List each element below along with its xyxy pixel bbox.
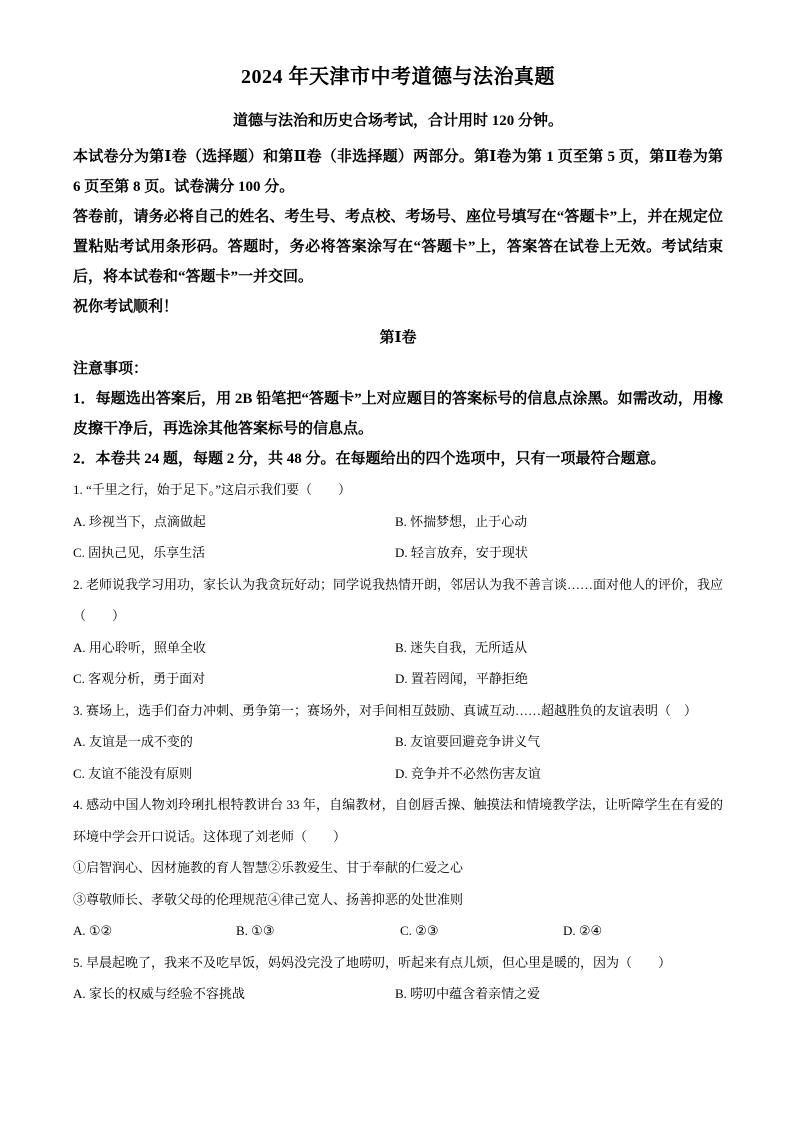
question-2-option-a: A. 用心聆听，照单全收 — [73, 632, 395, 664]
question-4: 4. 感动中国人物刘玲琍扎根特教讲台 33 年，自编教材，自创唇舌操、触摸法和情… — [73, 789, 723, 947]
note-2: 2．本卷共 24 题，每题 2 分，共 48 分。在每题给出的四个选项中，只有一… — [73, 444, 723, 474]
question-4-stem: 4. 感动中国人物刘玲琍扎根特教讲台 33 年，自编教材，自创唇舌操、触摸法和情… — [73, 789, 723, 852]
question-1-stem: 1. “千里之行，始于足下。”这启示我们要（ ） — [73, 474, 723, 506]
exam-wish: 祝你考试顺利！ — [73, 292, 723, 322]
question-2-option-d: D. 置若罔闻，平静拒绝 — [395, 663, 723, 695]
question-1-options-row-2: C. 固执己见，乐享生活 D. 轻言放弃，安于现状 — [73, 537, 723, 569]
question-3-option-b: B. 友谊要回避竞争讲义气 — [395, 726, 723, 758]
notes-heading: 注意事项： — [73, 354, 723, 384]
note-1: 1．每题选出答案后，用 2B 铅笔把“答题卡”上对应题目的答案标号的信息点涂黑。… — [73, 384, 723, 444]
exam-title: 2024 年天津市中考道德与法治真题 — [73, 62, 723, 92]
question-4-option-b: B. ①③ — [236, 915, 400, 947]
question-1-option-b: B. 怀揣梦想，止于心动 — [395, 506, 723, 538]
exam-document-page: 2024 年天津市中考道德与法治真题 道德与法治和历史合场考试，合计用时 120… — [0, 0, 793, 1122]
question-3-option-d: D. 竞争并不必然伤害友谊 — [395, 758, 723, 790]
question-3-options-row-1: A. 友谊是一成不变的 B. 友谊要回避竞争讲义气 — [73, 726, 723, 758]
section-title: 第Ⅰ卷 — [73, 322, 723, 354]
question-4-option-c: C. ②③ — [400, 915, 563, 947]
question-2-options-row-1: A. 用心聆听，照单全收 B. 迷失自我，无所适从 — [73, 632, 723, 664]
question-1-options-row-1: A. 珍视当下，点滴做起 B. 怀揣梦想，止于心动 — [73, 506, 723, 538]
question-1: 1. “千里之行，始于足下。”这启示我们要（ ） A. 珍视当下，点滴做起 B.… — [73, 474, 723, 569]
question-3: 3. 赛场上，选手们奋力冲刺、勇争第一；赛场外，对手间相互鼓励、真诚互动……超越… — [73, 695, 723, 790]
question-3-options-row-2: C. 友谊不能没有原则 D. 竞争并不必然伤害友谊 — [73, 758, 723, 790]
question-5-option-a: A. 家长的权威与经验不容挑战 — [73, 978, 395, 1010]
question-4-subitems-1: ①启智润心、因材施教的育人智慧②乐教爱生、甘于奉献的仁爱之心 — [73, 852, 723, 884]
question-5-options-row-1: A. 家长的权威与经验不容挑战 B. 唠叨中蕴含着亲情之爱 — [73, 978, 723, 1010]
question-2-options-row-2: C. 客观分析，勇于面对 D. 置若罔闻，平静拒绝 — [73, 663, 723, 695]
question-3-option-a: A. 友谊是一成不变的 — [73, 726, 395, 758]
intro-paragraph-1: 本试卷分为第Ⅰ卷（选择题）和第Ⅱ卷（非选择题）两部分。第Ⅰ卷为第 1 页至第 5… — [73, 142, 723, 202]
question-5: 5. 早晨起晚了，我来不及吃早饭，妈妈没完没了地唠叨，听起来有点儿烦，但心里是暖… — [73, 947, 723, 1010]
question-1-option-a: A. 珍视当下，点滴做起 — [73, 506, 395, 538]
question-1-option-c: C. 固执己见，乐享生活 — [73, 537, 395, 569]
question-2-option-b: B. 迷失自我，无所适从 — [395, 632, 723, 664]
question-5-stem: 5. 早晨起晚了，我来不及吃早饭，妈妈没完没了地唠叨，听起来有点儿烦，但心里是暖… — [73, 947, 723, 979]
exam-subtitle: 道德与法治和历史合场考试，合计用时 120 分钟。 — [73, 106, 723, 136]
question-3-option-c: C. 友谊不能没有原则 — [73, 758, 395, 790]
intro-paragraph-2: 答卷前，请务必将自己的姓名、考生号、考点校、考场号、座位号填写在“答题卡”上，并… — [73, 202, 723, 292]
question-4-option-a: A. ①② — [73, 915, 236, 947]
question-4-subitems-2: ③尊敬师长、孝敬父母的伦理规范④律己宽人、扬善抑恶的处世准则 — [73, 884, 723, 916]
question-3-stem: 3. 赛场上，选手们奋力冲刺、勇争第一；赛场外，对手间相互鼓励、真诚互动……超越… — [73, 695, 723, 727]
question-2: 2. 老师说我学习用功，家长认为我贪玩好动；同学说我热情开朗，邻居认为我不善言谈… — [73, 569, 723, 695]
question-4-options-row: A. ①② B. ①③ C. ②③ D. ②④ — [73, 915, 723, 947]
question-4-option-d: D. ②④ — [563, 915, 723, 947]
question-2-option-c: C. 客观分析，勇于面对 — [73, 663, 395, 695]
question-1-option-d: D. 轻言放弃，安于现状 — [395, 537, 723, 569]
question-2-stem: 2. 老师说我学习用功，家长认为我贪玩好动；同学说我热情开朗，邻居认为我不善言谈… — [73, 569, 723, 632]
question-5-option-b: B. 唠叨中蕴含着亲情之爱 — [395, 978, 723, 1010]
